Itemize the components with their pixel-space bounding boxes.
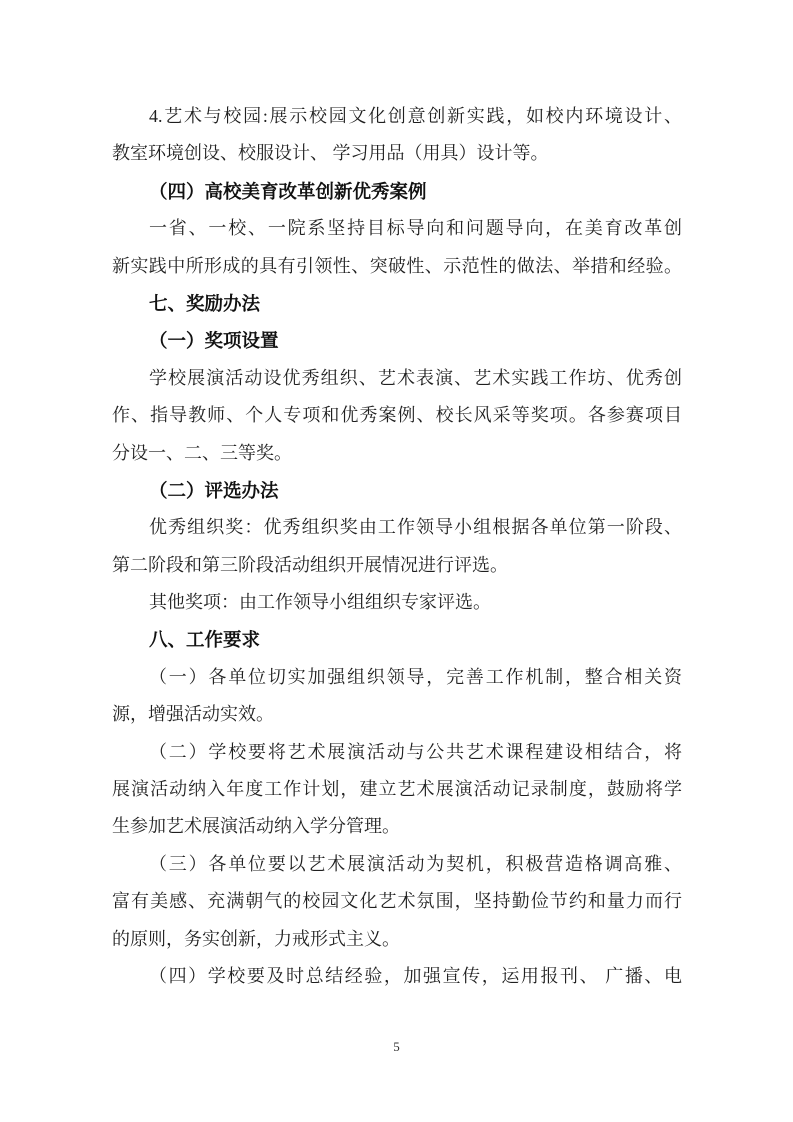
section-heading-line: 七、奖励办法 (112, 285, 682, 322)
body-text-line: 分设一、二、三等奖。 (112, 435, 682, 472)
body-text-line: 展演活动纳入年度工作计划，建立艺术展演活动记录制度，鼓励将学 (112, 771, 682, 808)
body-paragraph: （三）各单位要以艺术展演活动为契机，积极营造格调高雅、富有美感、充满朝气的校园文… (112, 846, 682, 958)
body-paragraph: （二）学校要将艺术展演活动与公共艺术课程建设相结合，将展演活动纳入年度工作计划，… (112, 734, 682, 846)
body-paragraph: （一）各单位切实加强组织领导，完善工作机制，整合相关资源，增强活动实效。 (112, 659, 682, 734)
body-text-line: 学校展演活动设优秀组织、艺术表演、艺术实践工作坊、优秀创 (112, 360, 682, 397)
document-page: 4.艺术与校园:展示校园文化创意创新实践，如校内环境设计、教室环境创设、校服设计… (0, 0, 793, 1122)
body-text-line: 优秀组织奖：优秀组织奖由工作领导小组根据各单位第一阶段、 (112, 509, 682, 546)
body-paragraph: 4.艺术与校园:展示校园文化创意创新实践，如校内环境设计、教室环境创设、校服设计… (112, 98, 682, 173)
body-text-line: 其他奖项：由工作领导小组组织专家评选。 (112, 584, 682, 621)
body-text-line: （一）各单位切实加强组织领导，完善工作机制，整合相关资 (112, 659, 682, 696)
section-heading-line: 八、工作要求 (112, 621, 682, 658)
body-text-line: 教室环境创设、校服设计、 学习用品（用具）设计等。 (112, 135, 682, 172)
body-text-line: （二）学校要将艺术展演活动与公共艺术课程建设相结合，将 (112, 734, 682, 771)
body-text-line: 的原则，务实创新，力戒形式主义。 (112, 921, 682, 958)
section-heading-line: （一）奖项设置 (112, 322, 682, 359)
section-heading-paragraph: 八、工作要求 (112, 621, 682, 658)
section-heading-line: （二）评选办法 (112, 472, 682, 509)
section-heading-line: （四）高校美育改革创新优秀案例 (112, 173, 682, 210)
body-text-line: 4.艺术与校园:展示校园文化创意创新实践，如校内环境设计、 (112, 98, 682, 135)
section-heading-paragraph: （四）高校美育改革创新优秀案例 (112, 173, 682, 210)
page-number: 5 (0, 1037, 793, 1057)
body-text-line: 富有美感、充满朝气的校园文化艺术氛围，坚持勤俭节约和量力而行 (112, 883, 682, 920)
body-text-line: 作、指导教师、个人专项和优秀案例、校长风采等奖项。各参赛项目 (112, 397, 682, 434)
body-paragraph: 一省、一校、一院系坚持目标导向和问题导向，在美育改革创新实践中所形成的具有引领性… (112, 210, 682, 285)
body-text-line: 新实践中所形成的具有引领性、突破性、示范性的做法、举措和经验。 (112, 248, 682, 285)
section-heading-paragraph: 七、奖励办法 (112, 285, 682, 322)
body-text-line: （三）各单位要以艺术展演活动为契机，积极营造格调高雅、 (112, 846, 682, 883)
body-paragraph: （四）学校要及时总结经验，加强宣传，运用报刊、 广播、电 (112, 958, 682, 995)
body-text-line: 第二阶段和第三阶段活动组织开展情况进行评选。 (112, 547, 682, 584)
body-text-line: 源，增强活动实效。 (112, 696, 682, 733)
body-text-line: 生参加艺术展演活动纳入学分管理。 (112, 808, 682, 845)
body-paragraph: 学校展演活动设优秀组织、艺术表演、艺术实践工作坊、优秀创作、指导教师、个人专项和… (112, 360, 682, 472)
section-heading-paragraph: （二）评选办法 (112, 472, 682, 509)
body-text-line: （四）学校要及时总结经验，加强宣传，运用报刊、 广播、电 (112, 958, 682, 995)
body-paragraph: 其他奖项：由工作领导小组组织专家评选。 (112, 584, 682, 621)
body-paragraph: 优秀组织奖：优秀组织奖由工作领导小组根据各单位第一阶段、第二阶段和第三阶段活动组… (112, 509, 682, 584)
document-body: 4.艺术与校园:展示校园文化创意创新实践，如校内环境设计、教室环境创设、校服设计… (112, 98, 682, 995)
body-text-line: 一省、一校、一院系坚持目标导向和问题导向，在美育改革创 (112, 210, 682, 247)
section-heading-paragraph: （一）奖项设置 (112, 322, 682, 359)
